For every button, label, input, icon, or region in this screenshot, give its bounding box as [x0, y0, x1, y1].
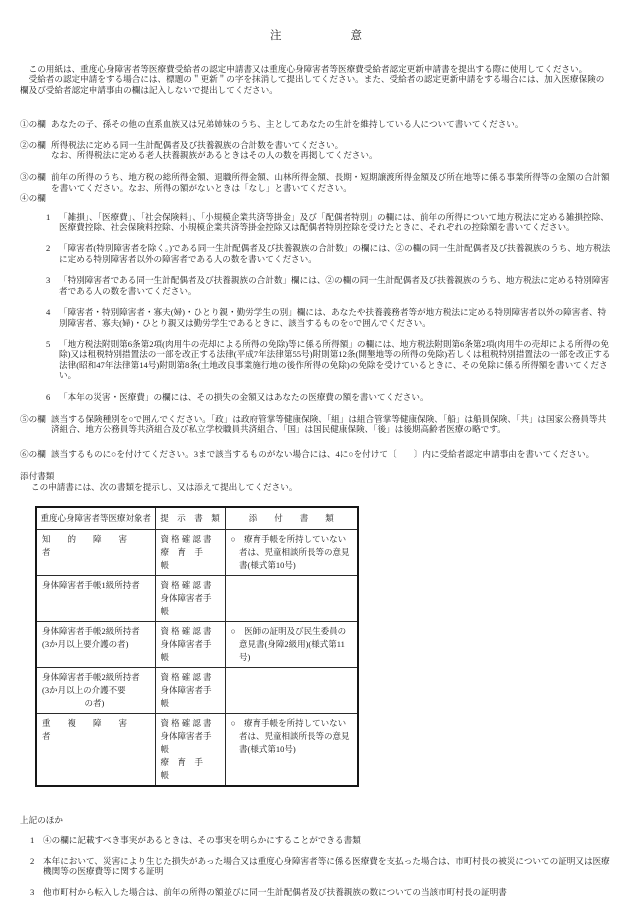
field-note-4-label: ④の欄	[20, 193, 51, 203]
table-row: 身体障害者手帳1級所持者 資 格 確 認 書 身体障害者手帳	[36, 575, 358, 621]
notice-document: 注 意 この用紙は、重度心身障害者等医療費受給者の認定申請書又は重度心身障害者等…	[0, 0, 630, 902]
footer-item-3: 3 他市町村から転入した場合は、前年の所得の額並びに同一生計配偶者及び扶養親族の…	[20, 887, 612, 897]
attached-cell: ○ 療育手帳を所持していない 者は、児童相談所長等の意見 書(様式第10号)	[231, 717, 353, 756]
footer-item-3-number: 3	[30, 887, 43, 897]
footer-items: 1 ④の欄に記載すべき事実があるときは、その事実を明らかにすることができる書類 …	[20, 835, 612, 897]
presented-cell: 資 格 確 認 書 身体障害者手帳	[161, 671, 220, 710]
col4-item-1-text: 「雑損」、「医療費」、「社会保険料」、「小規模企業共済等掛金」及び「配偶者特別」…	[59, 212, 612, 233]
target-cell: 身体障害者手帳1級所持者	[42, 579, 150, 592]
col4-item-1-number: 1	[46, 212, 59, 233]
field-note-1: ①の欄 あなたの子、孫その他の直系血族又は兄弟姉妹のうち、主としてあなたの生計を…	[20, 119, 612, 129]
footer-item-1: 1 ④の欄に記載すべき事実があるときは、その事実を明らかにすることができる書類	[20, 835, 612, 845]
col4-item-5-text: 「地方税法附則第6条第2項(肉用牛の売却による所得の免除)等に係る所得額」の欄に…	[59, 339, 612, 381]
field-note-6-label: ⑥の欄	[20, 449, 51, 459]
table-header-attached: 添 付 書 類	[225, 507, 358, 530]
footer-item-1-text: ④の欄に記載すべき事実があるときは、その事実を明らかにすることができる書類	[43, 835, 612, 845]
table-row: 知 的 障 害 者 資 格 確 認 書 療 育 手 帳 ○ 療育手帳を所持してい…	[36, 529, 358, 575]
field-note-5-label: ⑤の欄	[20, 414, 51, 435]
footer-item-3-text: 他市町村から転入した場合は、前年の所得の額並びに同一生計配偶者及び扶養親族の数に…	[43, 887, 612, 897]
target-cell: 身体障害者手帳2級所持者 (3か月以上の介護不要 の者)	[42, 671, 150, 710]
attachments-lead: この申請書には、次の書類を提示し、又は添えて提出してください。	[20, 482, 612, 492]
field-note-2-label: ②の欄	[20, 140, 51, 161]
col4-item-2: 2 「障害者(特別障害者を除く。)である同一生計配偶者及び扶養親族の合計数」の欄…	[20, 243, 612, 264]
field-note-1-text: あなたの子、孫その他の直系血族又は兄弟姉妹のうち、主としてあなたの生計を維持して…	[51, 119, 612, 129]
field-note-4-items: 1 「雑損」、「医療費」、「社会保険料」、「小規模企業共済等掛金」及び「配偶者特…	[20, 212, 612, 402]
attached-cell: ○ 療育手帳を所持していない 者は、児童相談所長等の意見 書(様式第10号)	[231, 533, 353, 572]
col4-item-4-text: 「障害者・特別障害者・寡夫(婦)・ひとり親・勤労学生の別」欄には、あなたや扶養義…	[59, 307, 612, 328]
table-row: 身体障害者手帳2級所持者 (3か月以上要介護の者) 資 格 確 認 書 身体障害…	[36, 621, 358, 667]
page-title: 注 意	[20, 30, 612, 43]
col4-item-5: 5 「地方税法附則第6条第2項(肉用牛の売却による所得の免除)等に係る所得額」の…	[20, 339, 612, 381]
footer-item-2: 2 本年において、災害により生じた損失があった場合又は重度心身障害者等に係る医療…	[20, 856, 612, 877]
presented-cell: 資 格 確 認 書 療 育 手 帳	[161, 533, 220, 572]
target-cell: 知 的 障 害 者	[42, 533, 150, 559]
col4-item-2-text: 「障害者(特別障害者を除く。)である同一生計配偶者及び扶養親族の合計数」の欄には…	[59, 243, 612, 264]
field-note-6-text: 該当するものに○を付けてください。3まで該当するものがない場合には、4に○を付け…	[51, 449, 612, 459]
col4-item-6-number: 6	[46, 392, 59, 402]
col4-item-3: 3 「特別障害者である同一生計配偶者及び扶養親族の合計数」欄には、②の欄の同一生…	[20, 275, 612, 296]
footer-item-1-number: 1	[30, 835, 43, 845]
table-header-row: 重度心身障害者等医療対象者 提 示 書 類 添 付 書 類	[36, 507, 358, 530]
footer-item-2-text: 本年において、災害により生じた損失があった場合又は重度心身障害者等に係る医療費を…	[43, 856, 612, 877]
intro-paragraph-2: 受給者の認定申請をする場合には、標題の＂更新＂の字を抹消して提出してください。ま…	[20, 74, 612, 95]
intro-section: この用紙は、重度心身障害者等医療費受給者の認定申請書又は重度心身障害者等医療費受…	[20, 64, 612, 95]
table-header-presented: 提 示 書 類	[155, 507, 225, 530]
field-note-3-label: ③の欄	[20, 172, 51, 193]
table-row: 身体障害者手帳2級所持者 (3か月以上の介護不要 の者) 資 格 確 認 書 身…	[36, 667, 358, 713]
intro-paragraph-1: この用紙は、重度心身障害者等医療費受給者の認定申請書又は重度心身障害者等医療費受…	[20, 64, 612, 74]
col4-item-5-number: 5	[46, 339, 59, 381]
presented-cell: 資 格 確 認 書 身体障害者手帳	[161, 625, 220, 664]
field-note-6: ⑥の欄 該当するものに○を付けてください。3まで該当するものがない場合には、4に…	[20, 449, 612, 459]
table-row: 重 複 障 害 者 資 格 確 認 書 身体障害者手帳 療 育 手 帳 ○ 療育…	[36, 713, 358, 786]
attached-cell: ○ 医師の証明及び民生委員の 意見書(身障2級用)(様式第11 号)	[231, 625, 353, 664]
field-note-1-label: ①の欄	[20, 119, 51, 129]
col4-item-4-number: 4	[46, 307, 59, 328]
target-cell: 重 複 障 害 者	[42, 717, 150, 743]
field-note-4: ④の欄	[20, 193, 612, 203]
field-note-3-text: 前年の所得のうち、地方税の総所得金額、退職所得金額、山林所得金額、長期・短期譲渡…	[51, 172, 612, 193]
presented-cell: 資 格 確 認 書 身体障害者手帳 療 育 手 帳	[161, 717, 220, 782]
target-cell: 身体障害者手帳2級所持者 (3か月以上要介護の者)	[42, 625, 150, 651]
col4-item-6: 6 「本年の災害・医療費」の欄には、その損失の金額又はあなたの医療費の額を書いて…	[20, 392, 612, 402]
field-note-5-text: 該当する保険種別を○で囲んでください。「政」は政府管掌等健康保険、「組」は組合管…	[51, 414, 612, 435]
col4-item-2-number: 2	[46, 243, 59, 264]
field-note-2-text: 所得税法に定める同一生計配偶者及び扶養親族の合計数を書いてください。 なお、所得…	[51, 140, 612, 161]
col4-item-4: 4 「障害者・特別障害者・寡夫(婦)・ひとり親・勤労学生の別」欄には、あなたや扶…	[20, 307, 612, 328]
footer-heading: 上記のほか	[20, 815, 612, 825]
table-header-target: 重度心身障害者等医療対象者	[36, 507, 155, 530]
col4-item-3-text: 「特別障害者である同一生計配偶者及び扶養親族の合計数」欄には、②の欄の同一生計配…	[59, 275, 612, 296]
attachments-table: 重度心身障害者等医療対象者 提 示 書 類 添 付 書 類 知 的 障 害 者 …	[35, 506, 359, 787]
field-note-2: ②の欄 所得税法に定める同一生計配偶者及び扶養親族の合計数を書いてください。 な…	[20, 140, 612, 161]
field-note-4-text	[51, 193, 612, 203]
col4-item-6-text: 「本年の災害・医療費」の欄には、その損失の金額又はあなたの医療費の額を書いてくだ…	[59, 392, 612, 402]
footer-item-2-number: 2	[30, 856, 43, 877]
attachments-heading: 添付書類	[20, 471, 612, 481]
field-note-3: ③の欄 前年の所得のうち、地方税の総所得金額、退職所得金額、山林所得金額、長期・…	[20, 172, 612, 193]
field-note-5: ⑤の欄 該当する保険種別を○で囲んでください。「政」は政府管掌等健康保険、「組」…	[20, 414, 612, 435]
col4-item-1: 1 「雑損」、「医療費」、「社会保険料」、「小規模企業共済等掛金」及び「配偶者特…	[20, 212, 612, 233]
presented-cell: 資 格 確 認 書 身体障害者手帳	[161, 579, 220, 618]
col4-item-3-number: 3	[46, 275, 59, 296]
